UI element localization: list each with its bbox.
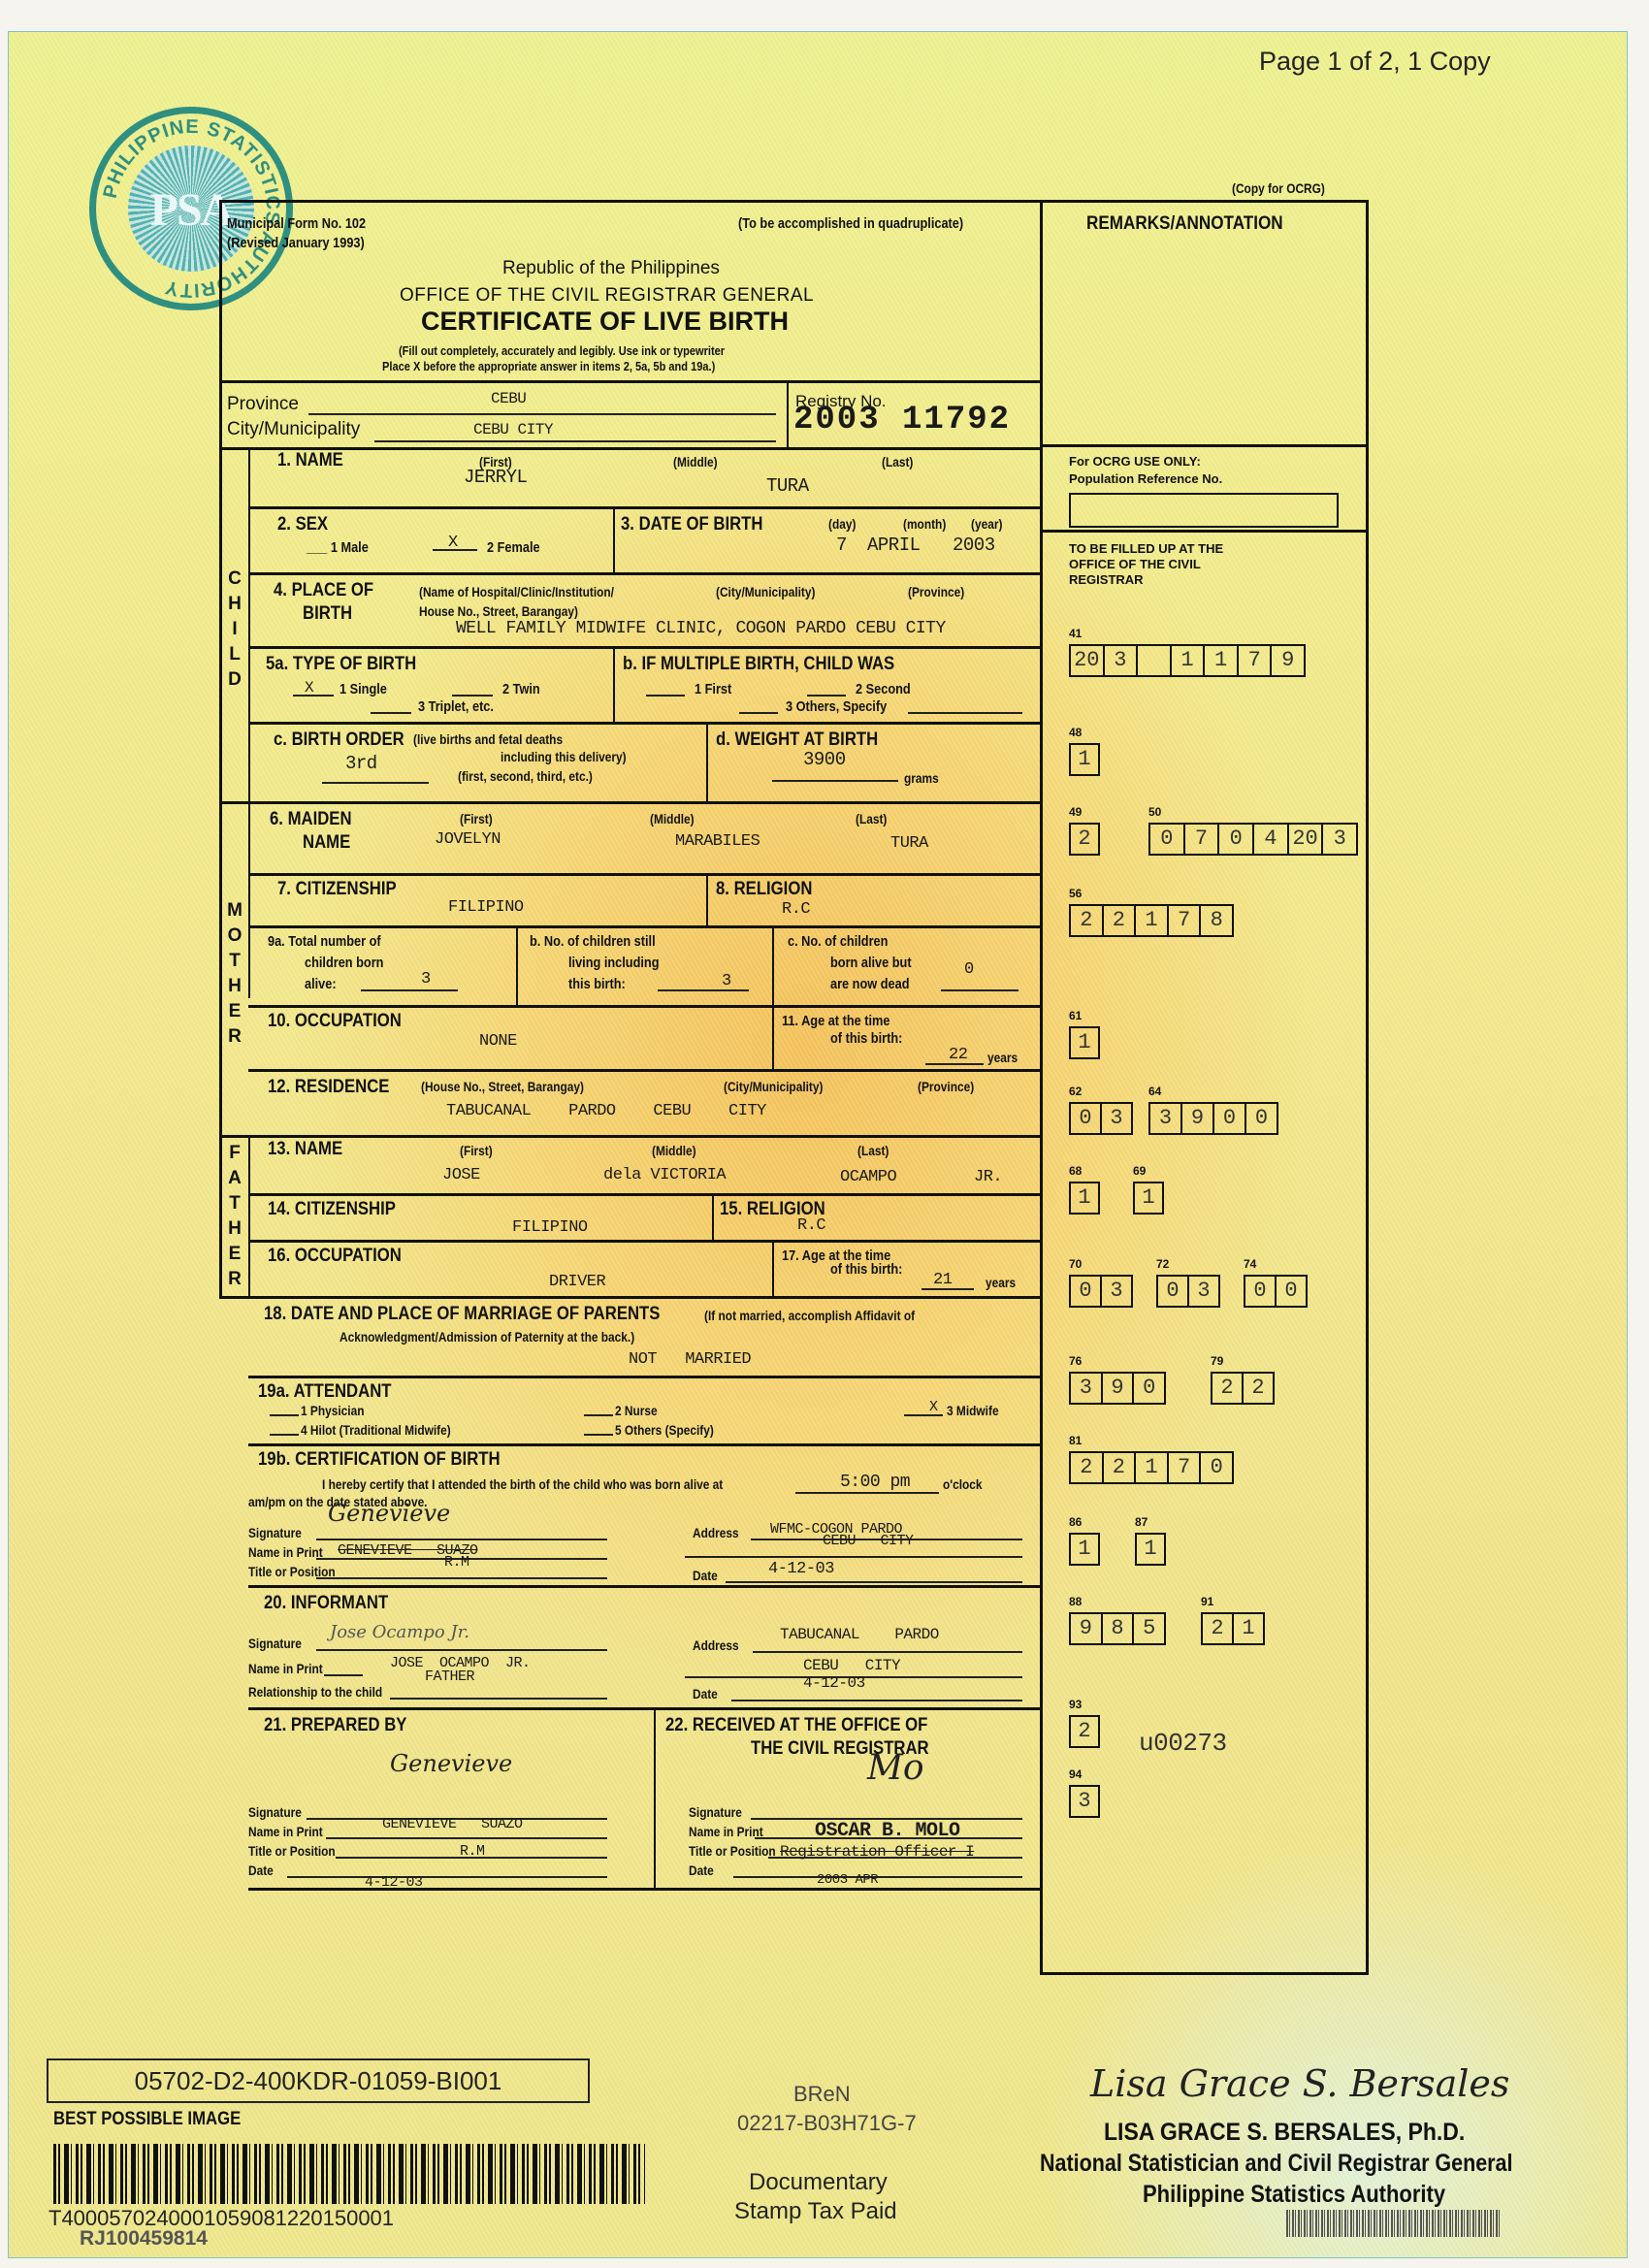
rj-number: RJ100459814	[80, 2227, 208, 2251]
city-label: City/Municipality	[227, 419, 360, 440]
population-reference-field[interactable]	[1069, 493, 1339, 528]
ocrg-code-61-field[interactable]: 1	[1069, 1026, 1100, 1059]
attendant-label: 19a. ATTENDANT	[258, 1381, 392, 1403]
republic-label: Republic of the Philippines	[502, 258, 720, 279]
birth-certificate-form: Municipal Form No. 102 (Revised January …	[219, 200, 1369, 1975]
ocrg-code-93-field[interactable]: 2	[1069, 1715, 1100, 1748]
ocrg-fill-note: TO BE FILLED UP AT THE	[1069, 541, 1223, 556]
ocrg-code-79-label: 79	[1211, 1354, 1223, 1368]
ocrg-code-74-label: 74	[1244, 1257, 1256, 1271]
attendant-midwife-mark: X	[929, 1399, 938, 1415]
dob-year: 2003	[953, 535, 995, 556]
mother-citizenship: FILIPINO	[448, 898, 524, 917]
dob-label: 3. DATE OF BIRTH	[621, 514, 762, 535]
bren-value: 02217-B03H71G-7	[737, 2111, 917, 2136]
received-label: 22. RECEIVED AT THE OFFICE OF	[665, 1715, 927, 1736]
preparer-name: GENEVIEVE SUAZO	[382, 1816, 523, 1832]
reference-code-box: 05702-D2-400KDR-01059-BI001	[47, 2058, 590, 2103]
ocrg-code-88-label: 88	[1069, 1595, 1082, 1608]
certificate-title: CERTIFICATE OF LIVE BIRTH	[421, 307, 789, 337]
father-religion: R.C	[797, 1216, 825, 1235]
child-section-label: CHILD	[225, 567, 244, 693]
attendant-date: 4-12-03	[768, 1560, 834, 1578]
child-name-label: 1. NAME	[277, 450, 343, 471]
registry-number: 2003 11792	[793, 402, 1011, 438]
mother-occupation: NONE	[479, 1032, 517, 1051]
mother-first-name: JOVELYN	[435, 830, 501, 849]
ocrg-code-41-label: 41	[1069, 627, 1082, 640]
registrar-title: Registration Officer I	[780, 1843, 974, 1861]
type-triplet-option: 3 Triplet, etc.	[418, 698, 494, 715]
total-children-value: 3	[421, 970, 431, 988]
ocrg-code-72-label: 72	[1156, 1257, 1169, 1271]
ocrg-code-94-field[interactable]: 3	[1069, 1785, 1100, 1818]
marriage-label: 18. DATE AND PLACE OF MARRIAGE OF PARENT…	[264, 1304, 660, 1325]
instructions-line-2: Place X before the appropriate answer in…	[382, 359, 715, 373]
ocrg-use-only: For OCRG USE ONLY:	[1069, 454, 1201, 469]
signatory-org: Philippine Statistics Authority	[1143, 2181, 1445, 2209]
ocrg-code-91-label: 91	[1201, 1595, 1213, 1608]
ocrg-code-72-field[interactable]: 03	[1156, 1275, 1220, 1308]
informant-signature: Jose Ocampo Jr.	[330, 1622, 469, 1642]
city-value: CEBU CITY	[473, 421, 553, 438]
place-of-birth-value: WELL FAMILY MIDWIFE CLINIC, COGON PARDO …	[456, 619, 946, 638]
informant-label: 20. INFORMANT	[264, 1593, 388, 1614]
maiden-name-label: 6. MAIDEN	[270, 809, 352, 830]
informant-address-1: TABUCANAL PARDO	[780, 1626, 939, 1643]
dob-day: 7	[836, 535, 847, 556]
father-name-label: 13. NAME	[268, 1139, 342, 1160]
ocrg-code-50-label: 50	[1148, 805, 1161, 819]
ocrg-code-70-label: 70	[1069, 1257, 1082, 1271]
living-children-label: b. No. of children still	[530, 933, 656, 950]
ocrg-code-81-field[interactable]: 22170	[1069, 1451, 1234, 1484]
ocrg-code-93-label: 93	[1069, 1698, 1082, 1711]
ocrg-stamp-number: u00273	[1139, 1729, 1227, 1758]
father-suffix: JR.	[974, 1168, 1002, 1186]
father-occupation-label: 16. OCCUPATION	[268, 1246, 402, 1267]
preparer-signature: Genevieve	[390, 1750, 512, 1777]
province-label: Province	[227, 394, 299, 415]
father-middle-name: dela VICTORIA	[603, 1166, 726, 1184]
dob-month: APRIL	[867, 535, 921, 556]
remarks-title: REMARKS/ANNOTATION	[1086, 213, 1283, 235]
informant-relationship: FATHER	[425, 1669, 474, 1685]
ocrg-code-76-field[interactable]: 390	[1069, 1372, 1166, 1405]
ocrg-code-69-field[interactable]: 1	[1133, 1182, 1164, 1215]
total-children-label: 9a. Total number of	[268, 933, 381, 950]
barcode-icon	[53, 2144, 645, 2204]
ocrg-code-62-field[interactable]: 03	[1069, 1102, 1133, 1135]
mother-age-label: 11. Age at the time	[782, 1013, 889, 1029]
province-value: CEBU	[491, 390, 526, 407]
instructions-line-1: (Fill out completely, accurately and leg…	[399, 343, 725, 358]
informant-date: 4-12-03	[803, 1674, 865, 1692]
ocrg-code-70-field[interactable]: 03	[1069, 1275, 1133, 1308]
father-section-label: FATHER	[225, 1141, 244, 1292]
prepared-by-label: 21. PREPARED BY	[264, 1715, 406, 1736]
ocrg-code-62-label: 62	[1069, 1085, 1082, 1098]
ocrg-code-86-field[interactable]: 1	[1069, 1533, 1100, 1566]
attendant-title: R.M	[444, 1554, 469, 1571]
child-first-name: JERRYL	[464, 467, 527, 488]
sex-female-option: 2 Female	[487, 539, 540, 556]
dead-children-value: 0	[964, 960, 974, 979]
pob-label: 4. PLACE OF	[274, 580, 373, 601]
ocrg-code-64-label: 64	[1148, 1085, 1161, 1098]
mother-religion: R.C	[782, 900, 810, 919]
father-citizenship-label: 14. CITIZENSHIP	[268, 1199, 396, 1220]
form-number: Municipal Form No. 102	[227, 215, 366, 232]
sex-label: 2. SEX	[277, 514, 328, 535]
marriage-value: NOT MARRIED	[629, 1350, 751, 1369]
type-of-birth-label: 5a. TYPE OF BIRTH	[266, 654, 416, 675]
ocrg-code-56-label: 56	[1069, 887, 1082, 900]
ocrg-code-61-label: 61	[1069, 1009, 1082, 1022]
dead-children-label: c. No. of children	[788, 933, 888, 950]
ocrg-code-56-field[interactable]: 22178	[1069, 904, 1234, 937]
ocrg-code-88-field[interactable]: 985	[1069, 1612, 1166, 1645]
registrar-date: 2003 APR	[817, 1872, 878, 1888]
ocrg-code-69-label: 69	[1133, 1164, 1146, 1178]
ocrg-code-64-field[interactable]: 3900	[1148, 1102, 1278, 1135]
ocrg-code-48-field[interactable]: 1	[1069, 743, 1100, 776]
attendant-signature: Genevieve	[328, 1500, 450, 1527]
signatory-title: National Statistician and Civil Registra…	[1040, 2150, 1512, 2178]
mother-age-value: 22	[949, 1046, 967, 1064]
stamp-tax-line-2: Stamp Tax Paid	[734, 2198, 897, 2225]
ocrg-code-79-field[interactable]: 22	[1211, 1372, 1275, 1405]
child-last-name: TURA	[766, 475, 809, 497]
small-barcode-icon	[1286, 2210, 1500, 2237]
signatory-signature: Lisa Grace S. Bersales	[1090, 2062, 1509, 2105]
type-single-option: 1 Single	[339, 681, 387, 697]
page-indicator: Page 1 of 2, 1 Copy	[1259, 47, 1491, 77]
ocrg-code-41-field[interactable]: 2031179	[1069, 644, 1306, 677]
attendant-address-2: CEBU CITY	[823, 1533, 914, 1549]
stamp-tax-line-1: Documentary	[749, 2169, 888, 2196]
ocrg-code-68-field[interactable]: 1	[1069, 1182, 1100, 1215]
mother-middle-name: MARABILES	[675, 832, 760, 851]
type-twin-option: 2 Twin	[502, 681, 540, 697]
mother-last-name: TURA	[890, 834, 928, 853]
mother-citizenship-label: 7. CITIZENSHIP	[277, 879, 397, 900]
copy-for-label: (Copy for OCRG)	[1232, 180, 1325, 196]
ocrg-code-87-label: 87	[1135, 1515, 1148, 1529]
mother-religion-label: 8. RELIGION	[716, 879, 812, 900]
signatory-name: LISA GRACE S. BERSALES, Ph.D.	[1104, 2119, 1465, 2147]
father-first-name: JOSE	[442, 1166, 480, 1184]
registrar-signature: Mo	[867, 1748, 924, 1788]
sex-male-option: ___ 1 Male	[307, 539, 369, 556]
birth-order-label: c. BIRTH ORDER	[274, 729, 404, 751]
birth-time-value: 5:00 pm	[840, 1473, 910, 1492]
living-children-value: 3	[722, 972, 731, 990]
registrar-name: OSCAR B. MOLO	[815, 1820, 960, 1842]
bren-label: BReN	[793, 2082, 851, 2107]
ocrg-code-68-label: 68	[1069, 1164, 1082, 1178]
father-last-name: OCAMPO	[840, 1168, 896, 1186]
mother-occupation-label: 10. OCCUPATION	[268, 1011, 402, 1032]
birth-order-value: 3rd	[345, 753, 377, 774]
father-occupation: DRIVER	[549, 1273, 605, 1291]
quadruplicate-note: (To be accomplished in quadruplicate)	[738, 215, 963, 232]
ocrg-code-94-label: 94	[1069, 1767, 1082, 1781]
weight-value: 3900	[803, 749, 846, 770]
form-revised: (Revised January 1993)	[227, 235, 365, 251]
ocrg-code-48-label: 48	[1069, 726, 1082, 739]
father-age-value: 21	[933, 1271, 952, 1289]
weight-label: d. WEIGHT AT BIRTH	[716, 729, 878, 751]
mother-section-label: MOTHER	[225, 898, 244, 1050]
ocrg-code-49-label: 49	[1069, 805, 1082, 819]
ocrg-code-81-label: 81	[1069, 1434, 1082, 1447]
office-label: OFFICE OF THE CIVIL REGISTRAR GENERAL	[400, 285, 814, 307]
ocrg-code-91-field[interactable]: 21	[1201, 1612, 1265, 1645]
residence-label: 12. RESIDENCE	[268, 1077, 389, 1098]
best-image-label: BEST POSSIBLE IMAGE	[53, 2109, 241, 2130]
informant-address-2: CEBU CITY	[803, 1657, 900, 1674]
ocrg-code-50-field[interactable]: 0704203	[1148, 823, 1358, 856]
ocrg-code-87-field[interactable]: 1	[1135, 1533, 1166, 1566]
certification-label: 19b. CERTIFICATION OF BIRTH	[258, 1449, 501, 1471]
multiple-birth-label: b. IF MULTIPLE BIRTH, CHILD WAS	[623, 654, 894, 675]
ocrg-code-86-label: 86	[1069, 1515, 1082, 1529]
ocrg-code-76-label: 76	[1069, 1354, 1082, 1368]
preparer-title: R.M	[460, 1843, 485, 1860]
father-citizenship: FILIPINO	[512, 1218, 588, 1237]
ocrg-code-49-field[interactable]: 2	[1069, 823, 1100, 856]
ocrg-code-74-field[interactable]: 00	[1244, 1275, 1308, 1308]
residence-value: TABUCANAL PARDO CEBU CITY	[446, 1102, 766, 1120]
